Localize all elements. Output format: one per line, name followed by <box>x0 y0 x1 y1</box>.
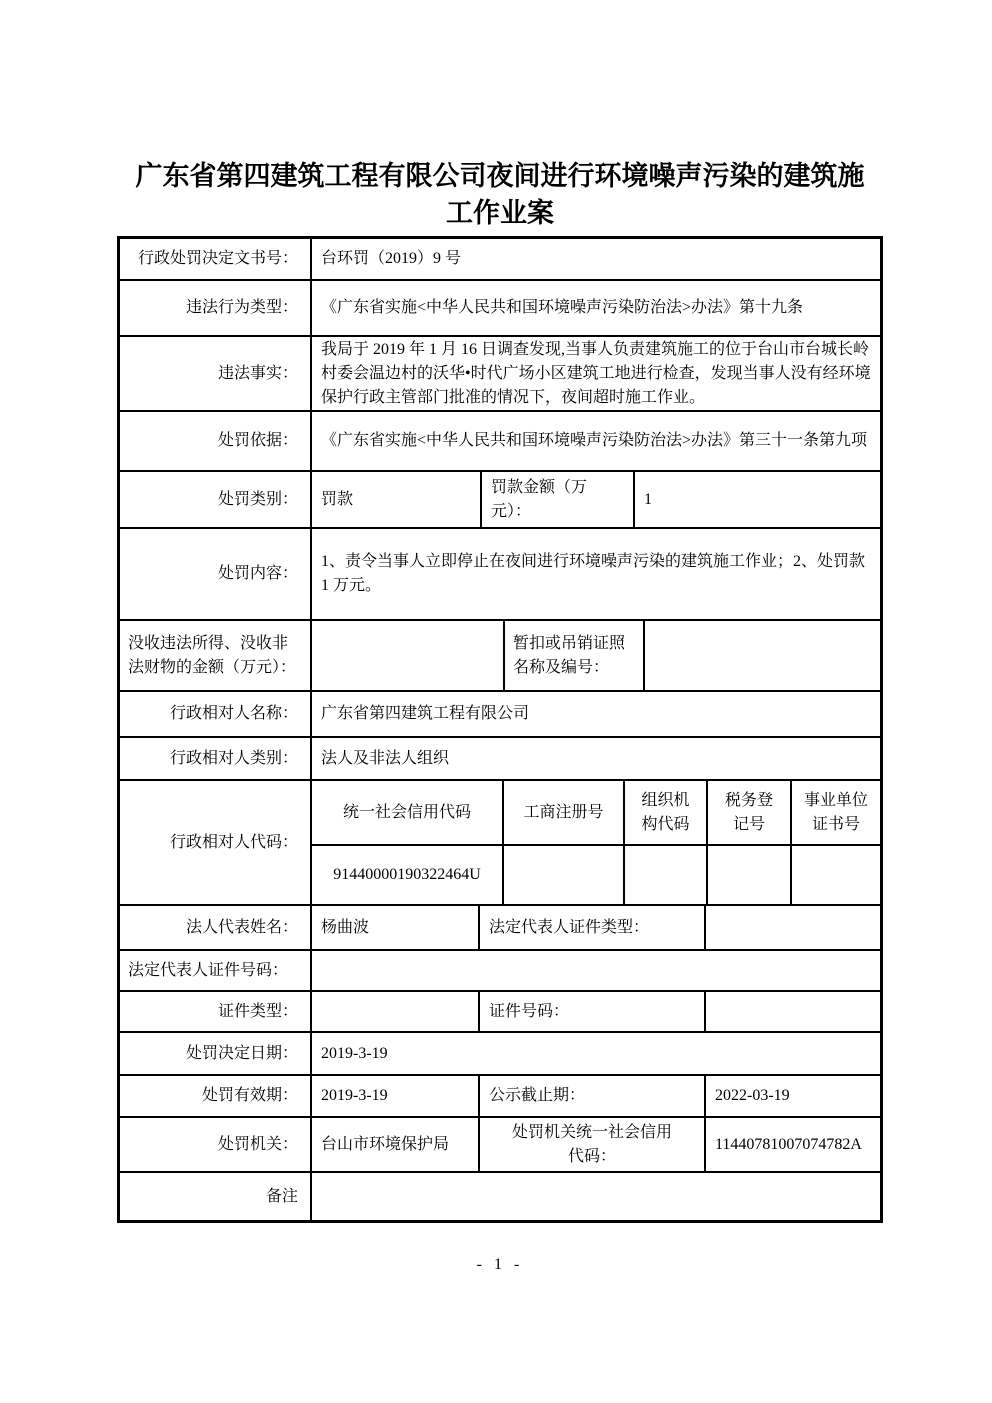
authority-label: 处罚机关： <box>120 1118 312 1171</box>
page-number: - 1 - <box>117 1256 883 1274</box>
party-type-label: 行政相对人类别： <box>120 738 312 779</box>
fine-amount-label: 罚款金额（万元）： <box>482 472 635 527</box>
row-party-codes: 行政相对人代码： 统一社会信用代码 工商注册号 组织机 构代码 税务登 记号 事… <box>120 781 880 906</box>
license-revoke-label: 暂扣或吊销证照 名称及编号： <box>505 621 645 690</box>
row-penalty-category: 处罚类别： 罚款 罚款金额（万元）： 1 <box>120 472 880 529</box>
fine-amount-value: 1 <box>635 472 880 527</box>
license-revoke-value <box>645 621 880 690</box>
business-reg-no-header: 工商注册号 <box>504 781 625 844</box>
row-cert: 证件类型： 证件号码： <box>120 992 880 1033</box>
institution-cert-header: 事业单位 证书号 <box>792 781 880 844</box>
cert-type-value <box>312 992 480 1031</box>
legal-rep-name-value: 杨曲波 <box>312 906 480 949</box>
legal-rep-cert-no-value <box>312 951 880 990</box>
decision-date-label: 处罚决定日期： <box>120 1033 312 1074</box>
row-violation-type: 违法行为类型： 《广东省实施<中华人民共和国环境噪声污染防治法>办法》第十九条 <box>120 281 880 337</box>
cert-no-value <box>706 992 880 1031</box>
legal-rep-name-label: 法人代表姓名： <box>120 906 312 949</box>
party-name-label: 行政相对人名称： <box>120 692 312 736</box>
row-penalty-basis: 处罚依据： 《广东省实施<中华人民共和国环境噪声污染防治法>办法》第三十一条第九… <box>120 412 880 472</box>
org-code-header: 组织机 构代码 <box>625 781 708 844</box>
authority-credit-code-value: 11440781007074782A <box>706 1118 880 1171</box>
remark-label: 备注 <box>120 1173 312 1220</box>
row-confiscation: 没收违法所得、没收非 法财物的金额（万元）： 暂扣或吊销证照 名称及编号： <box>120 621 880 692</box>
row-authority: 处罚机关： 台山市环境保护局 处罚机关统一社会信用 代码： 1144078100… <box>120 1118 880 1173</box>
legal-rep-cert-type-value <box>706 906 880 949</box>
row-legal-rep-cert-no: 法定代表人证件号码： <box>120 951 880 992</box>
row-penalty-content: 处罚内容： 1、责令当事人立即停止在夜间进行环境噪声污染的建筑施工作业；2、处罚… <box>120 529 880 621</box>
cert-no-label: 证件号码： <box>480 992 706 1031</box>
doc-no-value: 台环罚（2019）9 号 <box>312 239 880 279</box>
confiscation-value <box>312 621 505 690</box>
business-reg-no-value <box>504 846 625 904</box>
row-violation-fact: 违法事实： 我局于 2019 年 1 月 16 日调查发现,当事人负责建筑施工的… <box>120 337 880 412</box>
validity-label: 处罚有效期： <box>120 1076 312 1116</box>
row-party-type: 行政相对人类别： 法人及非法人组织 <box>120 738 880 781</box>
violation-fact-label: 违法事实： <box>120 337 312 410</box>
doc-no-label: 行政处罚决定文书号： <box>120 239 312 279</box>
credit-code-header: 统一社会信用代码 <box>312 781 504 844</box>
tax-reg-no-header: 税务登 记号 <box>708 781 792 844</box>
credit-code-value: 91440000190322464U <box>312 846 504 904</box>
party-name-value: 广东省第四建筑工程有限公司 <box>312 692 880 736</box>
row-validity: 处罚有效期： 2019-3-19 公示截止期： 2022-03-19 <box>120 1076 880 1118</box>
validity-value: 2019-3-19 <box>312 1076 480 1116</box>
party-codes-header-row: 统一社会信用代码 工商注册号 组织机 构代码 税务登 记号 事业单位 证书号 <box>312 781 880 846</box>
legal-rep-cert-no-label: 法定代表人证件号码： <box>120 951 312 990</box>
violation-type-label: 违法行为类型： <box>120 281 312 335</box>
penalty-content-value: 1、责令当事人立即停止在夜间进行环境噪声污染的建筑施工作业；2、处罚款 1 万元… <box>312 529 880 619</box>
penalty-content-label: 处罚内容： <box>120 529 312 619</box>
confiscation-label: 没收违法所得、没收非 法财物的金额（万元）： <box>120 621 312 690</box>
violation-fact-value: 我局于 2019 年 1 月 16 日调查发现,当事人负责建筑施工的位于台山市台… <box>312 337 880 410</box>
party-type-value: 法人及非法人组织 <box>312 738 880 779</box>
institution-cert-value <box>792 846 880 904</box>
row-remark: 备注 <box>120 1173 880 1220</box>
violation-type-value: 《广东省实施<中华人民共和国环境噪声污染防治法>办法》第十九条 <box>312 281 880 335</box>
authority-credit-code-label: 处罚机关统一社会信用 代码： <box>480 1118 706 1171</box>
row-party-name: 行政相对人名称： 广东省第四建筑工程有限公司 <box>120 692 880 738</box>
row-legal-rep: 法人代表姓名： 杨曲波 法定代表人证件类型： <box>120 906 880 951</box>
remark-value <box>312 1173 880 1220</box>
party-codes-subtable: 统一社会信用代码 工商注册号 组织机 构代码 税务登 记号 事业单位 证书号 9… <box>312 781 880 904</box>
decision-date-value: 2019-3-19 <box>312 1033 880 1074</box>
penalty-category-label: 处罚类别： <box>120 472 312 527</box>
penalty-category-value: 罚款 <box>312 472 482 527</box>
cert-type-label: 证件类型： <box>120 992 312 1031</box>
publicity-deadline-label: 公示截止期： <box>480 1076 706 1116</box>
org-code-value <box>625 846 708 904</box>
legal-rep-cert-type-label: 法定代表人证件类型： <box>480 906 706 949</box>
tax-reg-no-value <box>708 846 792 904</box>
party-codes-label: 行政相对人代码： <box>120 781 312 904</box>
penalty-info-table: 行政处罚决定文书号： 台环罚（2019）9 号 违法行为类型： 《广东省实施<中… <box>117 236 883 1223</box>
authority-value: 台山市环境保护局 <box>312 1118 480 1171</box>
penalty-basis-label: 处罚依据： <box>120 412 312 470</box>
row-doc-no: 行政处罚决定文书号： 台环罚（2019）9 号 <box>120 239 880 281</box>
party-codes-value-row: 91440000190322464U <box>312 846 880 904</box>
penalty-basis-value: 《广东省实施<中华人民共和国环境噪声污染防治法>办法》第三十一条第九项 <box>312 412 880 470</box>
page-title: 广东省第四建筑工程有限公司夜间进行环境噪声污染的建筑施 工作业案 <box>117 158 883 232</box>
publicity-deadline-value: 2022-03-19 <box>706 1076 880 1116</box>
row-decision-date: 处罚决定日期： 2019-3-19 <box>120 1033 880 1076</box>
